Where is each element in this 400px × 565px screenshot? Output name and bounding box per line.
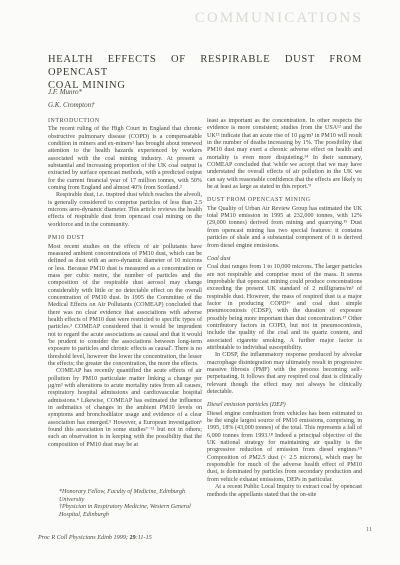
paragraph-coal-dust-1: Coal dust ranges from 1 to 10,000 micron… [207,264,362,352]
paragraph-intro-2: Respirable dust, i.e. inspired dust whic… [48,192,202,229]
author-list: J.F. Munro* G.K. Crompton† [48,88,95,114]
right-column: least as important as the concentration.… [207,118,362,532]
left-column: INTRODUCTION The recent ruling of the Hi… [48,118,202,474]
journal-page: COMMUNICATIONS HEALTH EFFECTS OF RESPIRA… [0,0,400,565]
article-title-line1: HEALTH EFFECTS OF RESPIRABLE DUST FROM O… [48,53,362,79]
citation-pages: :11-15 [136,534,152,541]
paragraph-intro-1: The recent ruling of the High Court in E… [48,126,202,192]
paragraph-dep-1: Diesel engine combustion from vehicles h… [207,411,362,484]
journal-citation: Proc R Coll Physicians Edinb 1999; 29:11… [38,534,152,541]
affiliation-2: †Physician in Respiratory Medicine, West… [59,504,197,519]
running-head: COMMUNICATIONS [195,10,363,27]
page-number: 11 [366,526,372,533]
citation-journal: Proc R Coll Physicians Edinb 1999; [38,534,130,541]
subsection-heading-coal-dust: Coal dust [207,256,362,263]
section-heading-dust-from-opencast-mining: DUST FROM OPENCAST MINING [207,197,362,204]
paragraph-pm10-1: Most recent studies on the effects of ai… [48,244,202,369]
paragraph-opencast-1: The Quality of Urban Air Review Group ha… [207,206,362,250]
author-1: J.F. Munro* [48,88,95,96]
affiliation-1: *Honorary Fellow, Faculty of Medicine, E… [59,489,197,504]
author-affiliations: *Honorary Fellow, Faculty of Medicine, E… [59,489,197,519]
paragraph-dep-2: At a recent Public Local Inquiry to extr… [207,484,362,499]
paragraph-coal-dust-2: In CDSP, the inflammatory response produ… [207,352,362,396]
paragraph-continuation: least as important as the concentration.… [207,118,362,191]
section-heading-introduction: INTRODUCTION [48,118,202,125]
author-2: G.K. Crompton† [48,101,95,109]
article-title-line2: COAL MINING [48,79,362,92]
paragraph-pm10-2: COMEAP has recently quantified the acute… [48,368,202,449]
subsection-heading-diesel-emission-particles: Diesel emission particles (DEP) [207,402,362,409]
section-heading-pm10-dust: PM10 DUST [48,235,202,242]
article-title: HEALTH EFFECTS OF RESPIRABLE DUST FROM O… [48,53,362,92]
